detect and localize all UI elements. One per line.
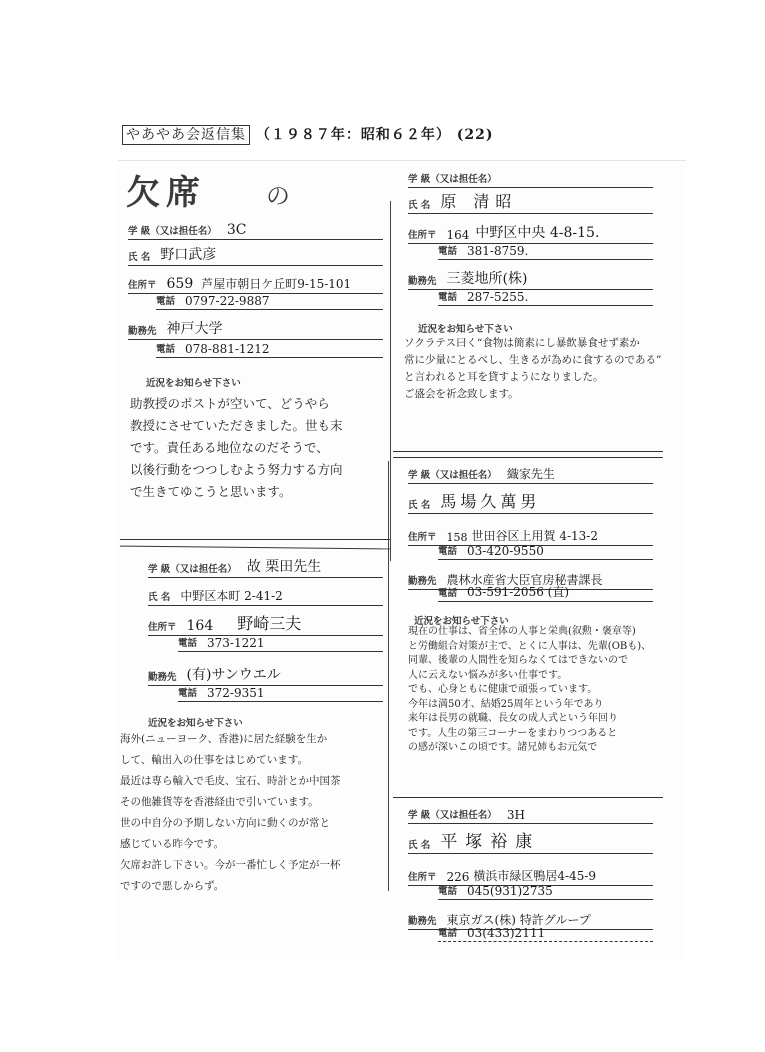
- absent-suffix: の: [266, 182, 296, 210]
- reply-card-4: 学 級（又は担任名） 織家先生 氏 名 馬場久萬男 住所〒 158 世田谷区上用…: [398, 461, 686, 781]
- phone-field: 電話 373-1221: [178, 635, 383, 652]
- notes-text: 海外(ニューヨーク、香港)に居た経験を生か して、輸出入の仕事をはじめています。…: [120, 729, 388, 897]
- name-field: 氏 名 原 清昭: [408, 191, 653, 214]
- work-phone-field: 電話 078-881-1212: [156, 341, 383, 358]
- workplace-field: 勤務先 (有)サンウエル: [148, 663, 383, 686]
- address-field: 住所〒 164 中野区中央 4-8-15.: [408, 221, 653, 244]
- reply-card-1: 欠席の 学 級（又は担任名） 3C 氏 名 野口武彦 住所〒 659 芦屋市朝日…: [118, 161, 388, 551]
- name-field: 氏 名 中野区本町 2-41-2: [148, 583, 383, 606]
- notes-label: 近況をお知らせ下さい: [418, 321, 513, 335]
- card-divider-vertical: [390, 201, 391, 561]
- work-phone-field: 電話 03(433)2111: [438, 925, 653, 942]
- page-header: やあやあ会返信集 （１９８７年：昭和６２年） (22): [122, 124, 493, 144]
- address-field: 住所〒 164 野崎三夫: [148, 613, 383, 636]
- scanned-sheet: 欠席の 学 級（又は担任名） 3C 氏 名 野口武彦 住所〒 659 芦屋市朝日…: [118, 160, 686, 961]
- class-field: 学 級（又は担任名） 故 栗田先生: [148, 555, 383, 578]
- phone-field: 電話 0797-22-9887: [156, 293, 383, 310]
- name-field: 氏 名 馬場久萬男: [408, 491, 653, 514]
- absent-title: 欠席: [126, 173, 206, 213]
- card-divider: [393, 797, 663, 798]
- phone-field: 電話 045(931)2735: [438, 883, 653, 900]
- reply-card-3: 学 級（又は担任名） 故 栗田先生 氏 名 中野区本町 2-41-2 住所〒 1…: [118, 551, 388, 951]
- collection-title: やあやあ会返信集: [122, 125, 250, 145]
- work-phone-field: 電話 287-5255.: [438, 289, 653, 306]
- class-field: 学 級（又は担任名） 3C: [128, 217, 383, 240]
- class-field: 学 級（又は担任名） 織家先生: [408, 467, 653, 484]
- notes-label: 近況をお知らせ下さい: [148, 715, 243, 729]
- class-field: 学 級（又は担任名） 3H: [408, 807, 653, 824]
- workplace-field: 勤務先 神戸大学: [128, 317, 383, 340]
- absent-mark: 欠席の: [126, 165, 296, 214]
- notes-text: 現在の仕事は、省全体の人事と栄典(叙勲・褒章等) と労働組合対策が主で、とくに人…: [408, 625, 688, 756]
- year-info: （１９８７年：昭和６２年）: [256, 127, 451, 143]
- phone-field: 電話 03-420-9550: [438, 543, 653, 560]
- class-field: 学 級（又は担任名）: [408, 171, 653, 188]
- workplace-field: 勤務先 三菱地所(株): [408, 267, 653, 290]
- name-field: 氏 名 平塚裕康: [408, 831, 653, 854]
- work-phone-field: 電話 03-591-2056 (直): [438, 585, 653, 602]
- name-field: 氏 名 野口武彦: [128, 243, 383, 266]
- card-divider: [393, 457, 663, 458]
- notes-text: ソクラテス曰く“食物は簡素にし暴飲暴食せず素か 常に少量にとるべし、生きるが為め…: [404, 335, 689, 403]
- card-divider: [120, 539, 390, 540]
- notes-label: 近況をお知らせ下さい: [146, 375, 241, 389]
- card-divider: [393, 451, 663, 452]
- reply-card-2: 学 級（又は担任名） 氏 名 原 清昭 住所〒 164 中野区中央 4-8-15…: [398, 161, 686, 466]
- reply-card-5: 学 級（又は担任名） 3H 氏 名 平塚裕康 住所〒 226 横浜市緑区鴨居4-…: [398, 801, 686, 961]
- page-number: (22): [457, 127, 494, 143]
- card-divider-vertical: [388, 461, 389, 891]
- phone-field: 電話 381-8759.: [438, 243, 653, 260]
- notes-text: 助教授のポストが空いて、どうやら 教授にさせていただきました。世も末 です。責任…: [130, 393, 390, 503]
- address-field: 住所〒 659 芦屋市朝日ケ丘町9-15-101: [128, 271, 383, 294]
- work-phone-field: 電話 372-9351: [178, 685, 383, 702]
